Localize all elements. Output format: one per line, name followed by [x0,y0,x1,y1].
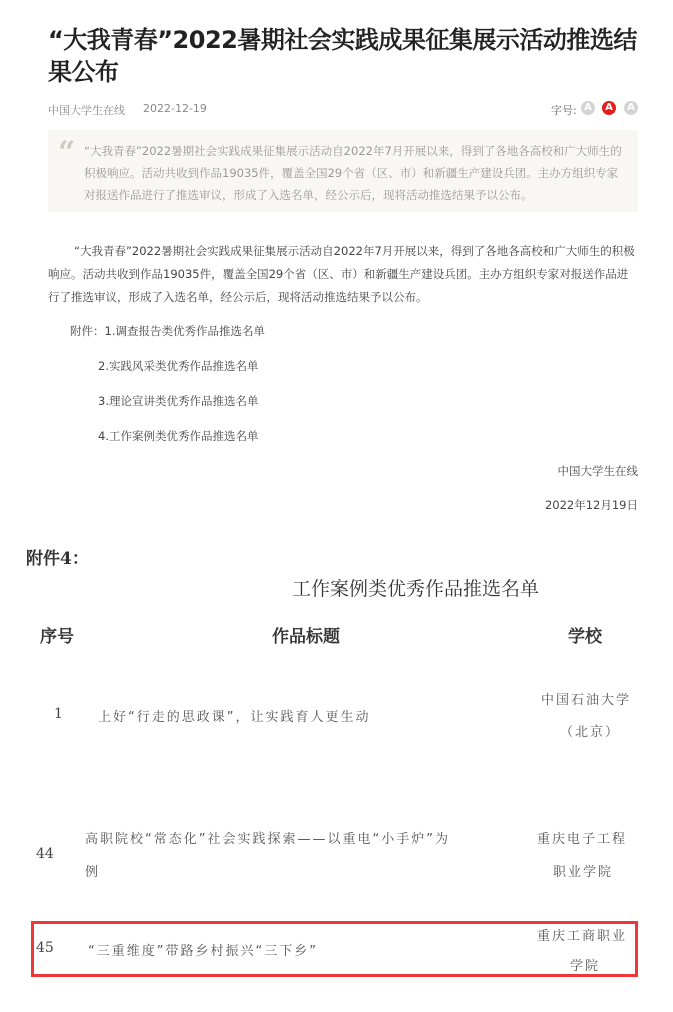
font-size-small-button[interactable]: A [581,101,595,115]
font-size-label: 字号: [551,102,577,118]
header-title: 作品标题 [272,622,340,647]
row-1-title: 上好“行走的思政课”，让实践育人更生动 [98,706,370,725]
font-size-large-button[interactable]: A [624,101,638,115]
row-1-school-line1: 中国石油大学 [541,689,631,708]
row-44-title-line1: 高职院校“常态化”社会实践探索——以重电“小手炉”为 [85,828,450,847]
row-45-school-line1: 重庆工商职业 [537,925,627,944]
article-source: 中国大学生在线 [48,102,125,118]
row-1-number: 1 [54,706,63,722]
row-44-title-line2: 例 [85,861,100,880]
attachment-list: 附件：1.调查报告类优秀作品推选名单 [70,323,265,339]
attachment-item-4: 4.工作案例类优秀作品推选名单 [98,428,258,444]
row-44-number: 44 [36,846,54,862]
row-45-school-line2: 学院 [570,955,600,974]
row-45-number: 45 [36,940,54,956]
attachments-prefix: 附件： [70,324,105,338]
attachment-item-2: 2.实践风采类优秀作品推选名单 [98,358,258,374]
article-title: “大我青春”2022暑期社会实践成果征集展示活动推选结果公布 [48,24,648,88]
article-body: “大我青春”2022暑期社会实践成果征集展示活动自2022年7月开展以来，得到了… [48,240,638,309]
row-44-school-line2: 职业学院 [553,861,613,880]
summary-text: “大我青春”2022暑期社会实践成果征集展示活动自2022年7月开展以来，得到了… [84,140,629,206]
article-date: 2022-12-19 [143,102,207,115]
row-44-school-line1: 重庆电子工程 [537,828,627,847]
signature-date: 2022年12月19日 [545,497,638,513]
annex-label: 附件4： [26,544,89,569]
table-title: 工作案例类优秀作品推选名单 [292,574,539,601]
quote-icon: “ [58,138,75,168]
attachment-item-1: 1.调查报告类优秀作品推选名单 [105,324,265,338]
row-45-title: “三重维度”带路乡村振兴“三下乡” [88,940,318,959]
header-school: 学校 [568,622,602,647]
header-number: 序号 [40,622,74,647]
font-size-medium-button[interactable]: A [602,101,616,115]
signature-org: 中国大学生在线 [558,463,639,479]
attachment-item-3: 3.理论宣讲类优秀作品推选名单 [98,393,258,409]
row-1-school-line2: （北京） [560,721,620,740]
